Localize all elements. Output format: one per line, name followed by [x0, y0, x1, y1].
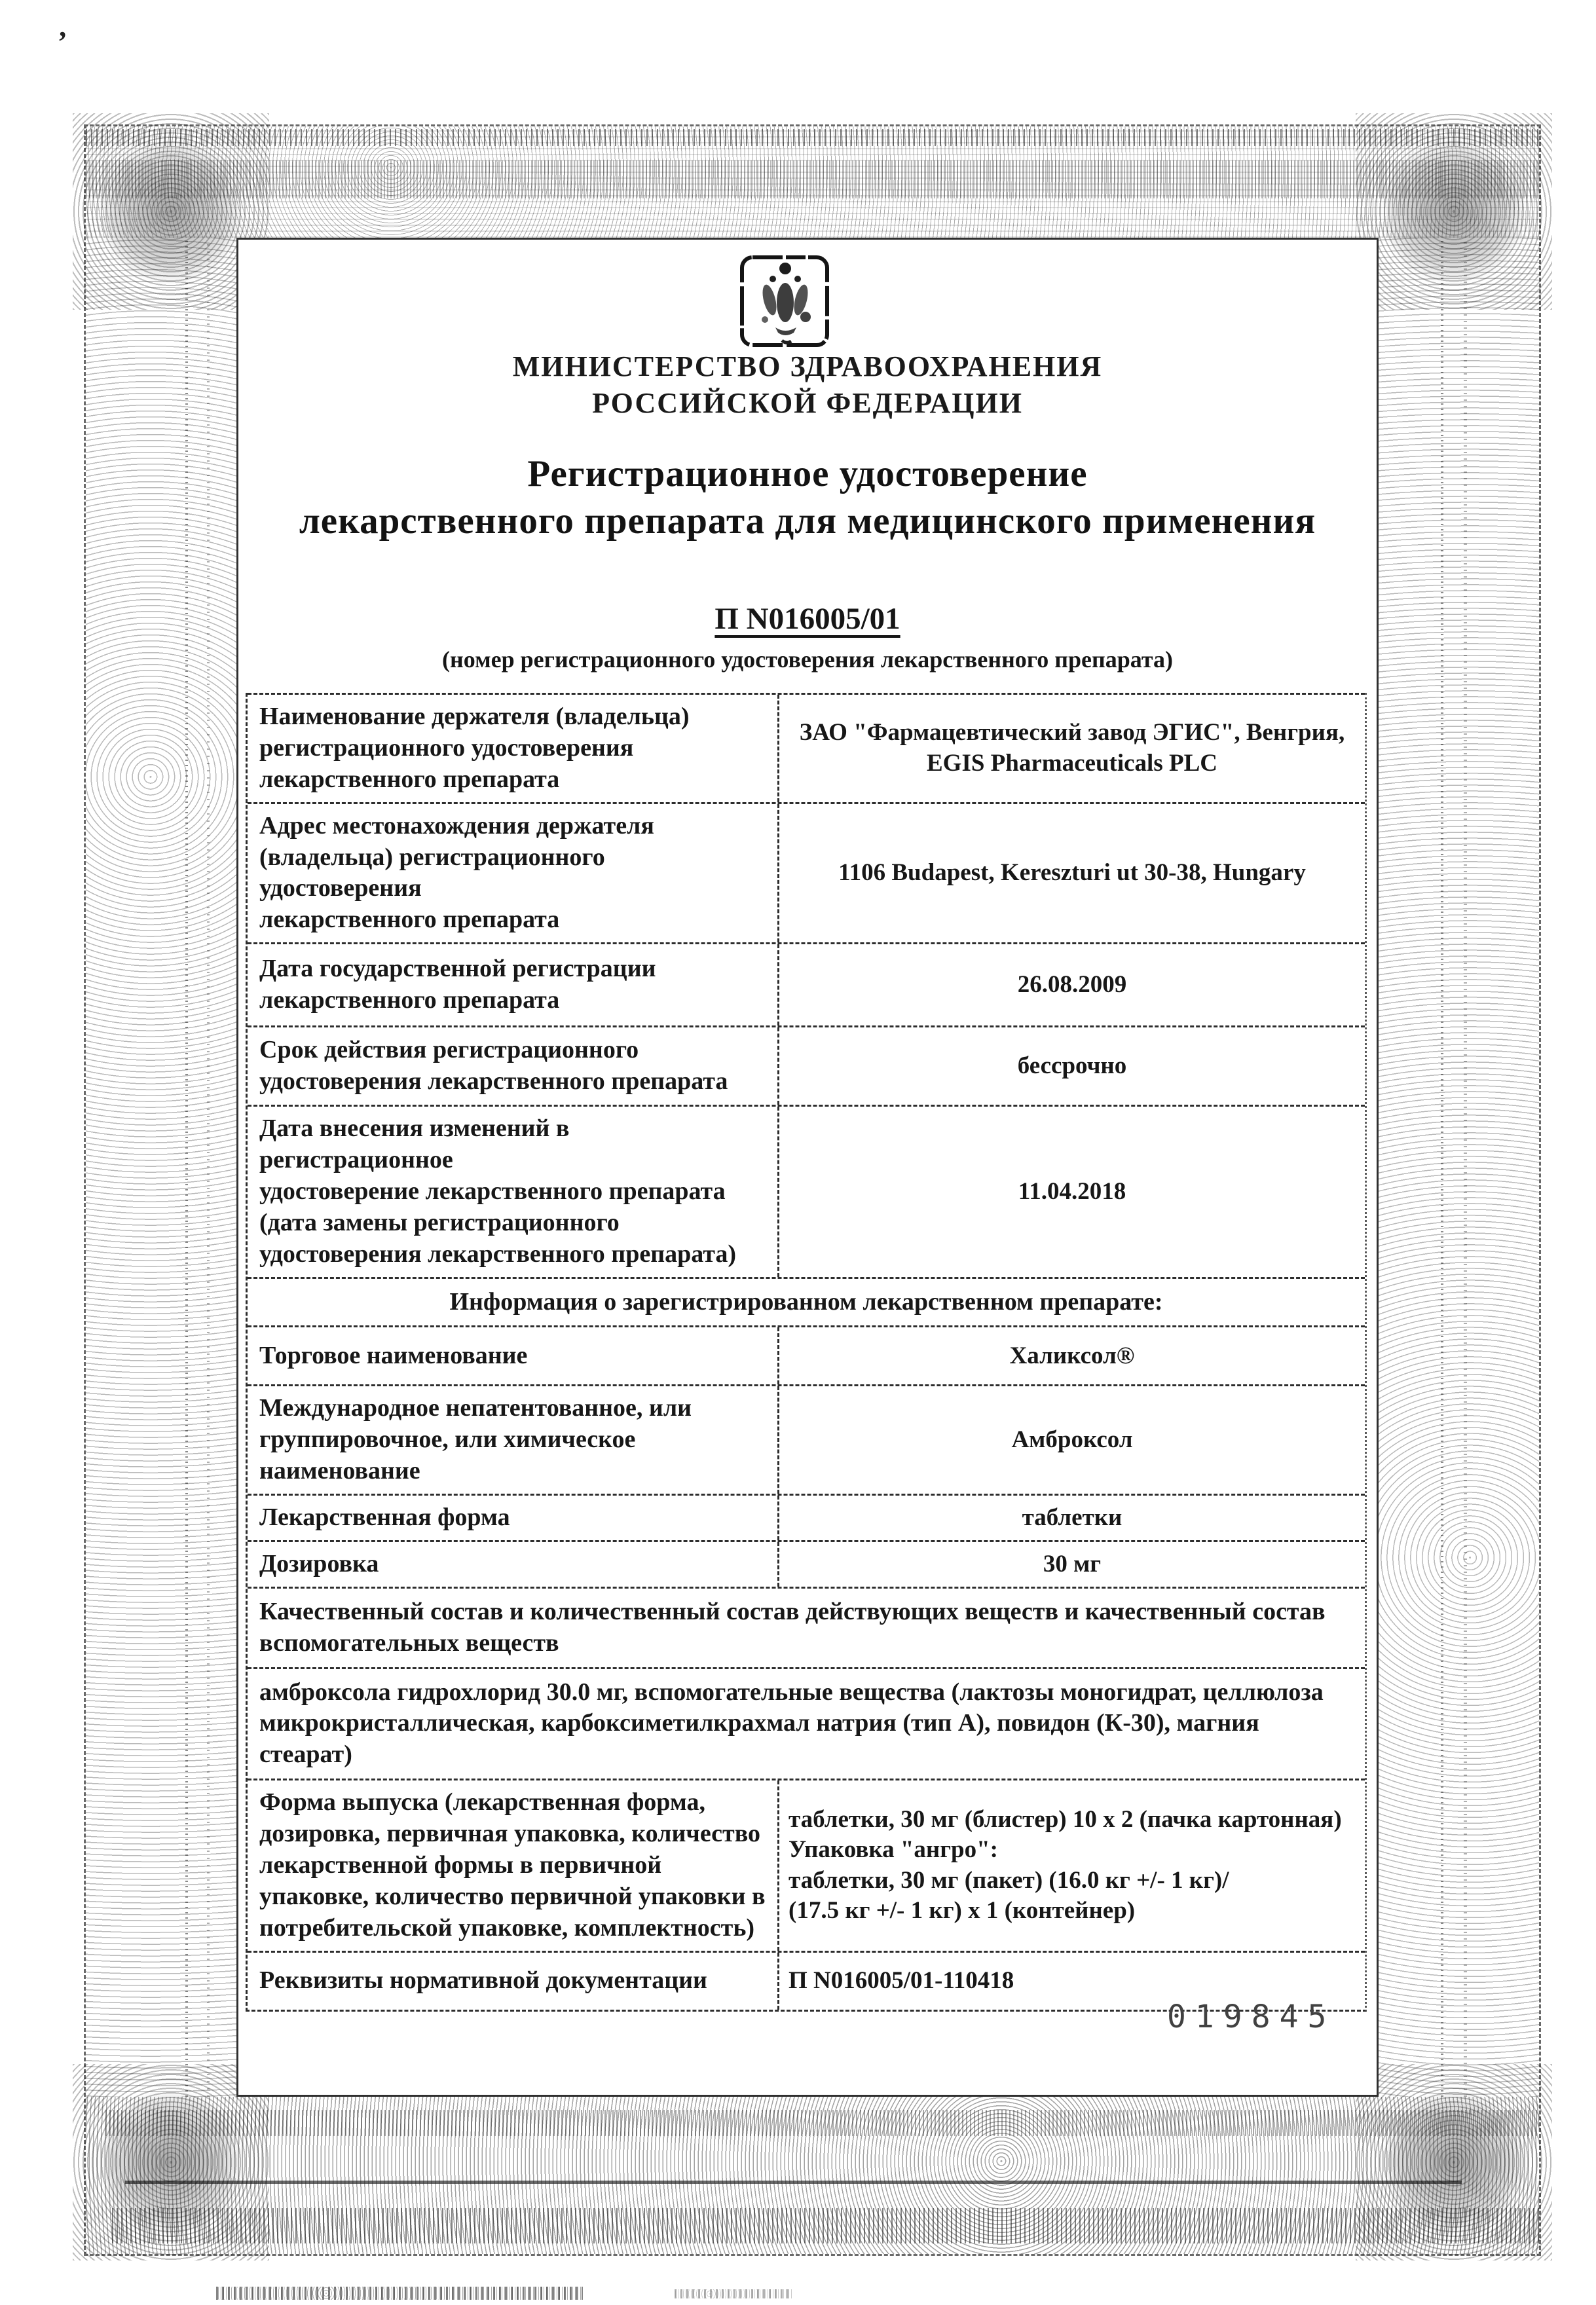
row-label-text: Торговое наименование: [259, 1340, 527, 1372]
scan-noise-strip: [216, 2287, 583, 2300]
row-label-text: Дозировка: [259, 1549, 379, 1580]
row-label: Дата внесения изменений в регистрационно…: [248, 1107, 779, 1276]
ministry-name: МИНИСТЕРСТВО ЗДРАВООХРАНЕНИЯ РОССИЙСКОЙ …: [234, 348, 1381, 422]
row-label: Реквизиты нормативной документации: [248, 1953, 779, 2010]
table-row: Лекарственная форма таблетки: [248, 1494, 1365, 1540]
row-label: Торговое наименование: [248, 1327, 779, 1384]
row-value: 11.04.2018: [779, 1107, 1365, 1276]
row-value: Халиксол®: [779, 1327, 1365, 1384]
row-value: 26.08.2009: [779, 944, 1365, 1025]
row-value: ЗАО "Фармацевтический завод ЭГИС", Венгр…: [779, 695, 1365, 802]
row-label-text: Дата внесения изменений в регистрационно…: [259, 1113, 768, 1270]
table-row: Дата внесения изменений в регистрационно…: [248, 1105, 1365, 1276]
row-value: таблетки, 30 мг (блистер) 10 x 2 (пачка …: [779, 1780, 1365, 1950]
table-row: Дозировка 30 мг: [248, 1540, 1365, 1587]
table-row: Международное непатентованное, или групп…: [248, 1384, 1365, 1494]
row-label: Международное непатентованное, или групп…: [248, 1386, 779, 1494]
registration-table: Наименование держателя (владельца) регис…: [246, 693, 1367, 2012]
frame-corner-ornament: [1356, 113, 1552, 310]
stray-mark: ’: [58, 25, 67, 58]
scan-noise-strip: [675, 2289, 792, 2298]
row-label-text: Форма выпуска (лекарственная форма, дози…: [259, 1787, 766, 1944]
ministry-line-1: МИНИСТЕРСТВО ЗДРАВООХРАНЕНИЯ: [234, 348, 1381, 385]
table-row: Адрес местонахождения держателя (владель…: [248, 802, 1365, 943]
release-form-row: Форма выпуска (лекарственная форма, дози…: [248, 1779, 1365, 1950]
row-label: Лекарственная форма: [248, 1496, 779, 1540]
row-value: таблетки: [779, 1496, 1365, 1540]
row-label-text: Адрес местонахождения держателя (владель…: [259, 811, 768, 936]
frame-band-left: [86, 238, 236, 2097]
row-label: Дозировка: [248, 1542, 779, 1587]
table-row: Дата государственной регистрации лекарст…: [248, 942, 1365, 1025]
registration-number-caption: (номер регистрационного удостоверения ле…: [234, 646, 1381, 673]
frame-corner-ornament: [1356, 2064, 1552, 2260]
row-label-text: Реквизиты нормативной документации: [259, 1965, 707, 1997]
row-value: бессрочно: [779, 1027, 1365, 1105]
table-row: Срок действия регистрационного удостовер…: [248, 1025, 1365, 1105]
frame-band-bottom: [86, 2097, 1539, 2254]
page: ’ МИНИСТЕРСТВО ЗДРАВООХРАНЕНИЯ: [0, 0, 1596, 2305]
row-label: Срок действия регистрационного удостовер…: [248, 1027, 779, 1105]
row-label-text: Дата государственной регистрации лекарст…: [259, 953, 656, 1016]
row-label: Форма выпуска (лекарственная форма, дози…: [248, 1780, 779, 1950]
row-label: Наименование держателя (владельца) регис…: [248, 695, 779, 802]
document-title-line-2: лекарственного препарата для медицинског…: [234, 498, 1381, 545]
row-label: Адрес местонахождения держателя (владель…: [248, 804, 779, 943]
info-header-row: Информация о зарегистрированном лекарств…: [248, 1277, 1365, 1326]
table-row: Торговое наименование Халиксол®: [248, 1325, 1365, 1384]
document-title: Регистрационное удостоверение лекарствен…: [234, 451, 1381, 545]
table-row: Наименование держателя (владельца) регис…: [248, 693, 1365, 802]
composition-text-row: амброксола гидрохлорид 30.0 мг, вспомога…: [248, 1667, 1365, 1779]
row-label: Дата государственной регистрации лекарст…: [248, 944, 779, 1025]
row-label-text: Наименование держателя (владельца) регис…: [259, 701, 690, 796]
frame-band-right: [1379, 238, 1539, 2097]
row-value: Амброксол: [779, 1386, 1365, 1494]
row-label-text: Международное непатентованное, или групп…: [259, 1393, 692, 1487]
ministry-line-2: РОССИЙСКОЙ ФЕДЕРАЦИИ: [234, 385, 1381, 422]
row-value: 30 мг: [779, 1542, 1365, 1587]
row-value: 1106 Budapest, Kereszturi ut 30-38, Hung…: [779, 804, 1365, 943]
coat-of-arms-icon: [739, 254, 832, 356]
document-title-line-1: Регистрационное удостоверение: [234, 451, 1381, 498]
registration-number: П N016005/01: [234, 601, 1381, 636]
serial-number-stamp: 019845: [1167, 1999, 1335, 2035]
row-label-text: Лекарственная форма: [259, 1502, 510, 1534]
row-label-text: Срок действия регистрационного удостовер…: [259, 1035, 728, 1097]
frame-band-top: [86, 126, 1539, 238]
composition-header-row: Качественный состав и количественный сос…: [248, 1587, 1365, 1667]
